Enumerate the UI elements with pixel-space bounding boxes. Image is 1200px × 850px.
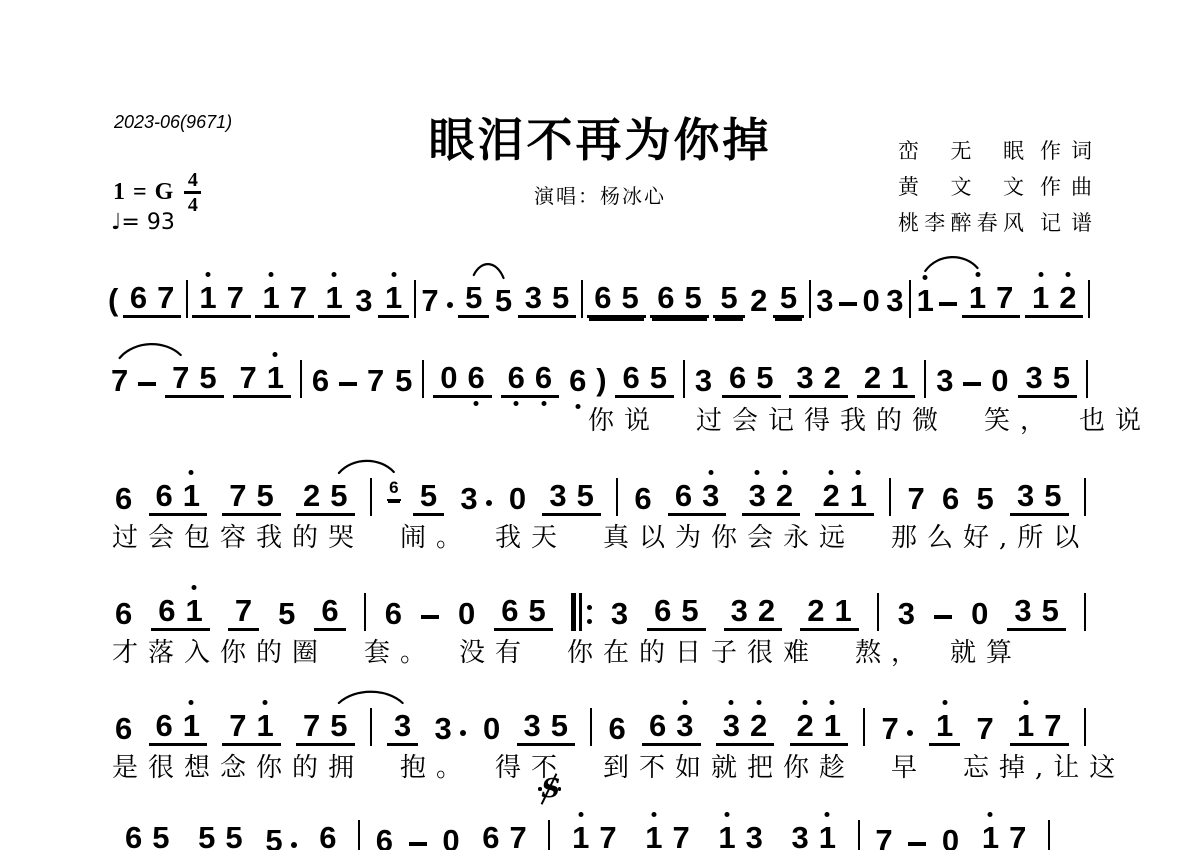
note-group: 35	[517, 710, 576, 746]
note-digit: 1	[261, 282, 280, 315]
duration-dash	[421, 615, 439, 619]
note-digit: 6	[507, 362, 526, 395]
octave-up-dot	[189, 700, 194, 705]
note: 5	[198, 362, 217, 395]
note-digit: 1	[935, 710, 954, 743]
note-digit: 1	[981, 822, 1000, 850]
transcriber-role: 记谱	[1040, 207, 1092, 237]
note: 7	[226, 282, 245, 315]
note-digit: 5	[719, 282, 738, 315]
note: 6	[941, 483, 960, 516]
note-digit: 6	[534, 362, 553, 395]
augmentation-dot	[447, 302, 453, 308]
note-digit: 1	[182, 480, 201, 513]
note: 7	[420, 285, 453, 318]
duration-dash	[939, 302, 957, 306]
note-digit: 6	[593, 282, 612, 315]
note-digit: 5	[394, 365, 413, 398]
note-digit: 0	[970, 598, 989, 631]
note-group: 06	[433, 362, 492, 398]
note: 5	[329, 710, 348, 743]
note: 5	[197, 822, 216, 850]
note: 7	[598, 822, 617, 850]
octave-down-dot	[514, 401, 519, 406]
repeat-thick-bar	[571, 593, 576, 631]
note: 5	[649, 362, 668, 395]
note-group: 13	[711, 822, 770, 850]
note-digit: 6	[648, 710, 667, 743]
note: 5	[528, 595, 547, 628]
octave-up-dot	[263, 700, 268, 705]
note-digit: 6	[633, 483, 652, 516]
notation-line-1: (67171713175535656552530311712	[108, 270, 1090, 318]
note-digit: 6	[375, 825, 394, 850]
note: 6	[384, 598, 403, 631]
barline	[581, 280, 583, 318]
note-group: 17	[638, 822, 697, 850]
note: 7	[289, 282, 308, 315]
notation-line-4: 661756606536532213035	[114, 583, 1086, 631]
note-digit: 6	[114, 598, 133, 631]
note-group: 17	[565, 822, 624, 850]
note: 3	[610, 598, 629, 631]
barline	[889, 478, 891, 516]
octave-down-dot	[474, 401, 479, 406]
note: 6	[568, 365, 587, 398]
note: 7	[1008, 822, 1027, 850]
repeat-thin-bar	[579, 593, 582, 631]
note: 2	[302, 480, 321, 513]
barline	[858, 820, 860, 850]
note-digit: 1	[185, 595, 204, 628]
note: 3	[935, 365, 954, 398]
note: 6	[608, 713, 627, 746]
note-digit: 5	[256, 480, 275, 513]
octave-up-dot	[192, 585, 197, 590]
note: 5	[264, 825, 297, 850]
note-group: 21	[790, 710, 849, 746]
barline	[924, 360, 926, 398]
duration-dash	[934, 615, 952, 619]
note-group: 6	[312, 822, 343, 850]
octave-up-dot	[269, 272, 274, 277]
note: 1	[644, 822, 663, 850]
note-digit: 3	[548, 480, 567, 513]
note-digit: 1	[324, 282, 343, 315]
note-group: 21	[800, 595, 859, 631]
octave-up-dot	[1038, 272, 1043, 277]
note-digit: 7	[226, 282, 245, 315]
note: 1	[818, 822, 837, 850]
note: 6	[653, 595, 672, 628]
note: 6	[674, 480, 693, 513]
octave-up-dot	[803, 700, 808, 705]
note-group: 61	[149, 710, 208, 746]
notation-line-5: 661717533035663322171717	[114, 698, 1086, 746]
note: 3	[524, 282, 543, 315]
note: 1	[182, 710, 201, 743]
note-digit: 2	[775, 480, 794, 513]
note-group: 32	[716, 710, 775, 746]
note: 0	[439, 362, 458, 395]
duration-dash	[339, 382, 357, 386]
note-group: 5	[458, 282, 489, 318]
note-digit: 6	[157, 595, 176, 628]
note-group: 1	[378, 282, 409, 318]
note: 2	[821, 480, 840, 513]
note: 2	[823, 362, 842, 395]
note-digit: 5	[464, 282, 483, 315]
note: 1	[823, 710, 842, 743]
note: 7	[906, 483, 925, 516]
note-digit: 0	[482, 713, 501, 746]
note-digit: 0	[862, 285, 881, 318]
note: 5	[277, 598, 296, 631]
note-digit: 5	[576, 480, 595, 513]
barline	[370, 478, 372, 516]
note: 6	[633, 483, 652, 516]
note: 3	[701, 480, 720, 513]
note: 6	[114, 598, 133, 631]
note: 1	[717, 822, 736, 850]
note-digit: 2	[749, 710, 768, 743]
note: 6	[318, 822, 337, 850]
note-digit: 3	[354, 285, 373, 318]
note-digit: 3	[795, 362, 814, 395]
grace-note: 6	[387, 479, 400, 501]
segno-dot	[538, 787, 542, 791]
note: 2	[749, 285, 768, 318]
note-digit: 7	[156, 282, 175, 315]
augmentation-dot	[907, 730, 913, 736]
octave-up-dot	[782, 470, 787, 475]
note-digit: 6	[124, 822, 143, 850]
note-digit: 1	[644, 822, 663, 850]
note-digit: 3	[524, 282, 543, 315]
note-digit: 7	[420, 285, 439, 318]
note-digit: 5	[494, 285, 513, 318]
note-digit: 3	[748, 480, 767, 513]
note: 6	[311, 365, 330, 398]
repeat-dots	[587, 597, 592, 631]
note-group: 5	[413, 480, 444, 516]
note-digit: 3	[815, 285, 834, 318]
note: 3	[434, 713, 467, 746]
note-digit: 6	[653, 595, 672, 628]
octave-up-dot	[682, 700, 687, 705]
note-group: 65	[650, 282, 709, 318]
note-digit: 6	[311, 365, 330, 398]
note: 6	[155, 710, 174, 743]
note: 2	[775, 480, 794, 513]
note: 2	[796, 710, 815, 743]
note: 0	[482, 713, 501, 746]
note: 5	[719, 282, 738, 315]
note: 5	[151, 822, 170, 850]
note: 5	[1052, 362, 1071, 395]
note: 7	[302, 710, 321, 743]
note: 1	[256, 710, 275, 743]
note-digit: 6	[384, 598, 403, 631]
lyricist-role: 作词	[1040, 135, 1092, 165]
tempo-marking: ♩= 93	[111, 210, 175, 235]
note: 6	[500, 595, 519, 628]
note-digit: 6	[481, 822, 500, 850]
note: 1	[182, 480, 201, 513]
note-digit: 3	[1013, 595, 1032, 628]
notation-line-2: 7757167506666)6536532213035	[110, 350, 1088, 398]
note: 1	[849, 480, 868, 513]
barline	[1084, 708, 1086, 746]
note-group: 5	[773, 282, 804, 318]
note: 7	[228, 710, 247, 743]
note-digit: 6	[621, 362, 640, 395]
note-group: 35	[518, 282, 577, 318]
note-digit: 3	[1024, 362, 1043, 395]
credit-composer: 黄文文 作曲	[898, 171, 1092, 201]
note: 3	[675, 710, 694, 743]
octave-down-dot	[541, 401, 546, 406]
note-group: 75	[222, 480, 281, 516]
octave-up-dot	[189, 470, 194, 475]
note: 5	[494, 285, 513, 318]
credit-transcriber: 桃李醉春风 记谱	[898, 207, 1092, 237]
note: 1	[890, 362, 909, 395]
note-group: 63	[668, 480, 727, 516]
note: 7	[228, 480, 247, 513]
note: 0	[862, 285, 881, 318]
note: 3	[694, 365, 713, 398]
note-group: 17	[1010, 710, 1069, 746]
note-group: 75	[165, 362, 224, 398]
note: 1	[261, 282, 280, 315]
note: 7	[671, 822, 690, 850]
credits: 峦无眠 作词 黄文文 作曲 桃李醉春风 记谱	[898, 135, 1092, 237]
barline: S	[548, 820, 550, 850]
barline	[1084, 593, 1086, 631]
note-digit: 3	[885, 285, 904, 318]
note-digit: 2	[302, 480, 321, 513]
note-group: 35	[1018, 362, 1077, 398]
note: 6	[481, 822, 500, 850]
note: 6	[648, 710, 667, 743]
note-digit: 6	[155, 480, 174, 513]
octave-up-dot	[830, 700, 835, 705]
note: 3	[748, 480, 767, 513]
note-group: 35	[1010, 480, 1069, 516]
note-digit: 5	[551, 282, 570, 315]
barline	[616, 478, 618, 516]
note-digit: 7	[302, 710, 321, 743]
note: 5	[755, 362, 774, 395]
note: 3	[791, 822, 810, 850]
note-digit: 7	[171, 362, 190, 395]
note: 3	[795, 362, 814, 395]
note: 7	[110, 365, 129, 398]
note-group: 71	[222, 710, 281, 746]
note-digit: 3	[722, 710, 741, 743]
note: 0	[508, 483, 527, 516]
octave-up-dot	[725, 812, 730, 817]
note-group: 5	[713, 282, 744, 318]
octave-up-dot	[923, 275, 928, 280]
note: 3	[548, 480, 567, 513]
note-digit: 7	[1008, 822, 1027, 850]
note-digit: 5	[329, 480, 348, 513]
note: 7	[156, 282, 175, 315]
note: 6	[114, 483, 133, 516]
note: 5	[394, 365, 413, 398]
note-digit: 7	[366, 365, 385, 398]
note-digit: 5	[224, 822, 243, 850]
note: 7	[1043, 710, 1062, 743]
note: 7	[976, 713, 995, 746]
note: 3	[897, 598, 916, 631]
note-group: 25	[296, 480, 355, 516]
note-digit: 7	[906, 483, 925, 516]
barline	[364, 593, 366, 631]
note-group: 21	[857, 362, 916, 398]
note: 1	[833, 595, 852, 628]
note-digit: 1	[198, 282, 217, 315]
barline	[590, 708, 592, 746]
note-digit: 2	[823, 362, 842, 395]
barline	[863, 708, 865, 746]
note-digit: 6	[674, 480, 693, 513]
note: 6	[593, 282, 612, 315]
note-digit: 3	[393, 710, 412, 743]
note-group: 55	[191, 822, 250, 850]
note-digit: 3	[523, 710, 542, 743]
duration-dash	[963, 382, 981, 386]
note-group: 63	[642, 710, 701, 746]
note-digit: 6	[114, 483, 133, 516]
note-group: 32	[742, 480, 801, 516]
note-digit: 5	[264, 825, 283, 850]
note: 7	[366, 365, 385, 398]
composer-name: 黄文文	[898, 171, 1024, 201]
notation-line-3: 6617525653035663322176535	[114, 468, 1086, 516]
lyrics-line-3: 过会包容我的哭 闹。 我天 真以为你会永远 那么好,所以	[112, 517, 1089, 554]
duration-dash	[908, 842, 926, 846]
note-digit: 5	[528, 595, 547, 628]
octave-up-dot	[755, 470, 760, 475]
note: 5	[419, 480, 438, 513]
note: 7	[171, 362, 190, 395]
parenthesis: )	[596, 364, 606, 398]
octave-up-dot	[942, 700, 947, 705]
note-group: 65	[615, 362, 674, 398]
note-digit: 3	[791, 822, 810, 850]
note-group: 65	[118, 822, 177, 850]
barline	[300, 360, 302, 398]
note: 3	[1016, 480, 1035, 513]
note: 1	[1031, 282, 1050, 315]
note: 3	[722, 710, 741, 743]
slur	[925, 257, 977, 271]
note-digit: 6	[656, 282, 675, 315]
note: 7	[239, 362, 258, 395]
note: 0	[457, 598, 476, 631]
note-digit: 5	[419, 480, 438, 513]
note: 0	[990, 365, 1009, 398]
note-digit: 0	[941, 825, 960, 850]
note-digit: 7	[289, 282, 308, 315]
note-digit: 1	[182, 710, 201, 743]
note-group: 65	[722, 362, 781, 398]
note-digit: 7	[228, 710, 247, 743]
barline	[1084, 478, 1086, 516]
note-group: 7	[228, 595, 259, 631]
note-group: 67	[475, 822, 534, 850]
augmentation-dot	[460, 730, 466, 736]
note-digit: 5	[680, 595, 699, 628]
note: 7	[874, 825, 893, 850]
octave-up-dot	[988, 812, 993, 817]
note-digit: 7	[598, 822, 617, 850]
note-group: 17	[962, 282, 1021, 318]
note: 3	[459, 483, 492, 516]
credit-lyricist: 峦无眠 作词	[898, 135, 1092, 165]
note: 6	[507, 362, 526, 395]
octave-up-dot	[856, 470, 861, 475]
note: 6	[621, 362, 640, 395]
note: 0	[441, 825, 460, 850]
note-digit: 0	[457, 598, 476, 631]
note-digit: 7	[881, 713, 900, 746]
duration-dash	[138, 382, 156, 386]
note-digit: 3	[730, 595, 749, 628]
note-digit: 3	[701, 480, 720, 513]
note-digit: 1	[384, 282, 403, 315]
note-group: 32	[789, 362, 848, 398]
note-digit: 5	[1043, 480, 1062, 513]
tempo-value: = 93	[121, 210, 174, 235]
note: 2	[749, 710, 768, 743]
note: 1	[266, 362, 285, 395]
note-digit: 5	[684, 282, 703, 315]
note: 3	[815, 285, 834, 318]
note-digit: 0	[439, 362, 458, 395]
octave-up-dot	[332, 272, 337, 277]
note-digit: 1	[968, 282, 987, 315]
octave-up-dot	[651, 812, 656, 817]
note-group: 1	[318, 282, 349, 318]
note-digit: 3	[694, 365, 713, 398]
note-digit: 6	[466, 362, 485, 395]
octave-up-dot	[825, 812, 830, 817]
note: 1	[198, 282, 217, 315]
note: 3	[523, 710, 542, 743]
note-group: 3	[387, 710, 418, 746]
note-digit: 6	[568, 365, 587, 398]
note-digit: 5	[329, 710, 348, 743]
note-group: 35	[542, 480, 601, 516]
note: 6	[124, 822, 143, 850]
note: 6	[114, 713, 133, 746]
note-group: 65	[587, 282, 646, 318]
note-digit: 3	[434, 713, 453, 746]
segno-dot	[558, 787, 562, 791]
note: 1	[916, 285, 935, 318]
note-group: 67	[123, 282, 182, 318]
note-digit: 2	[863, 362, 882, 395]
quarter-note-icon: ♩	[111, 210, 121, 235]
note: 7	[995, 282, 1014, 315]
barline	[370, 708, 372, 746]
note-digit: 1	[256, 710, 275, 743]
segno-icon: S	[539, 774, 559, 806]
